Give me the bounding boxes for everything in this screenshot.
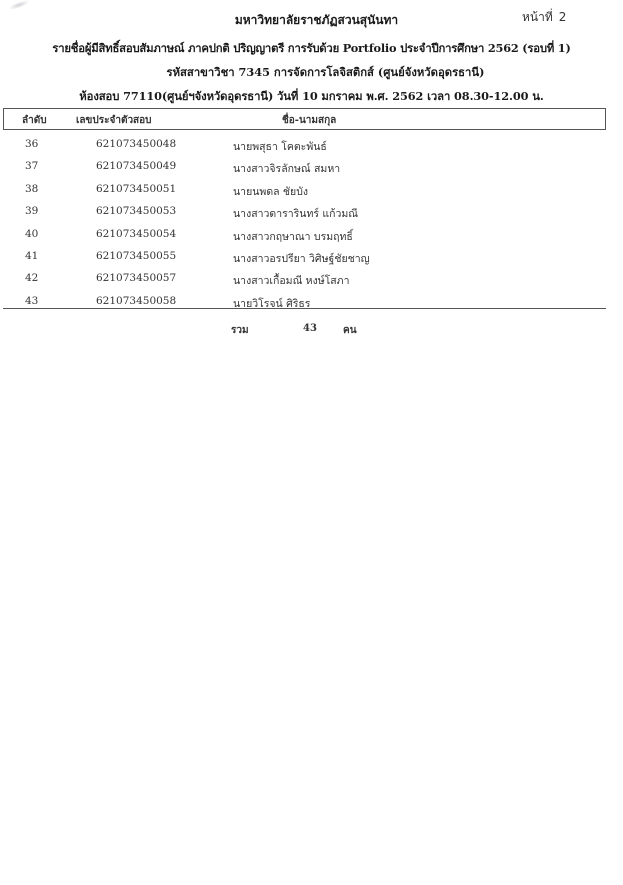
- table-row: 42 621073450057 นางสาวเกื้อมณี หงษ์โสภา: [0, 269, 623, 291]
- cell-exam-id: 621073450055: [96, 250, 176, 262]
- scan-smudge: [8, 0, 31, 12]
- total-count: 43: [303, 323, 317, 334]
- cell-name: นายพสุธา โคตะพันธ์: [233, 138, 327, 155]
- cell-exam-id: 621073450054: [96, 228, 176, 240]
- cell-exam-id: 621073450048: [96, 138, 176, 150]
- total-unit: คน: [343, 323, 357, 338]
- cell-name: นายนพดล ชัยบัง: [233, 183, 308, 200]
- cell-order: 36: [25, 138, 38, 150]
- table-row: 40 621073450054 นางสาวกฤษาณา บรมฤทธิ์: [0, 225, 623, 247]
- cell-order: 37: [25, 160, 38, 172]
- cell-name: นางสาวอรปรียา วิศิษฐ์ชัยชาญ: [233, 250, 370, 267]
- university-name: มหาวิทยาลัยราชภัฏสวนสุนันทา: [0, 11, 623, 30]
- table-row: 38 621073450051 นายนพดล ชัยบัง: [0, 180, 623, 202]
- exam-room-line: ห้องสอบ 77110(ศูนย์ฯจังหวัดอุดรธานี) วัน…: [0, 87, 623, 105]
- cell-name: นางสาวเกื้อมณี หงษ์โสภา: [233, 272, 350, 289]
- cell-order: 39: [25, 205, 38, 217]
- cell-exam-id: 621073450057: [96, 272, 176, 284]
- cell-name: นางสาวดารารินทร์ แก้วมณี: [233, 205, 358, 222]
- cell-order: 38: [25, 183, 38, 195]
- cell-name: นายวิโรจน์ ศิริธร: [233, 295, 310, 312]
- table-row: 41 621073450055 นางสาวอรปรียา วิศิษฐ์ชัย…: [0, 247, 623, 269]
- cell-name: นางสาวกฤษาณา บรมฤทธิ์: [233, 228, 353, 245]
- program-line: รหัสสาขาวิชา 7345 การจัดการโลจิสติกส์ (ศ…: [0, 63, 623, 81]
- column-header-name: ชื่อ-นามสกุล: [282, 113, 336, 128]
- cell-exam-id: 621073450053: [96, 205, 176, 217]
- table-row: 37 621073450049 นางสาวจิรลักษณ์ สมหา: [0, 157, 623, 179]
- cell-order: 41: [25, 250, 38, 262]
- column-header-exam-id: เลขประจำตัวสอบ: [76, 113, 152, 128]
- cell-name: นางสาวจิรลักษณ์ สมหา: [233, 160, 340, 177]
- total-label: รวม: [231, 323, 249, 338]
- document-title: รายชื่อผู้มีสิทธิ์สอบสัมภาษณ์ ภาคปกติ ปร…: [0, 39, 623, 57]
- table-row: 43 621073450058 นายวิโรจน์ ศิริธร: [0, 292, 623, 314]
- column-header-order: ลำดับ: [22, 113, 47, 128]
- table-bottom-rule: [3, 308, 606, 309]
- table-row: 39 621073450053 นางสาวดารารินทร์ แก้วมณี: [0, 202, 623, 224]
- cell-order: 43: [25, 295, 38, 307]
- cell-exam-id: 621073450049: [96, 160, 176, 172]
- cell-exam-id: 621073450051: [96, 183, 176, 195]
- cell-order: 40: [25, 228, 38, 240]
- table-header: ลำดับ เลขประจำตัวสอบ ชื่อ-นามสกุล: [3, 108, 606, 130]
- table-body: 36 621073450048 นายพสุธา โคตะพันธ์ 37 62…: [0, 135, 623, 314]
- table-row: 36 621073450048 นายพสุธา โคตะพันธ์: [0, 135, 623, 157]
- cell-order: 42: [25, 272, 38, 284]
- cell-exam-id: 621073450058: [96, 295, 176, 307]
